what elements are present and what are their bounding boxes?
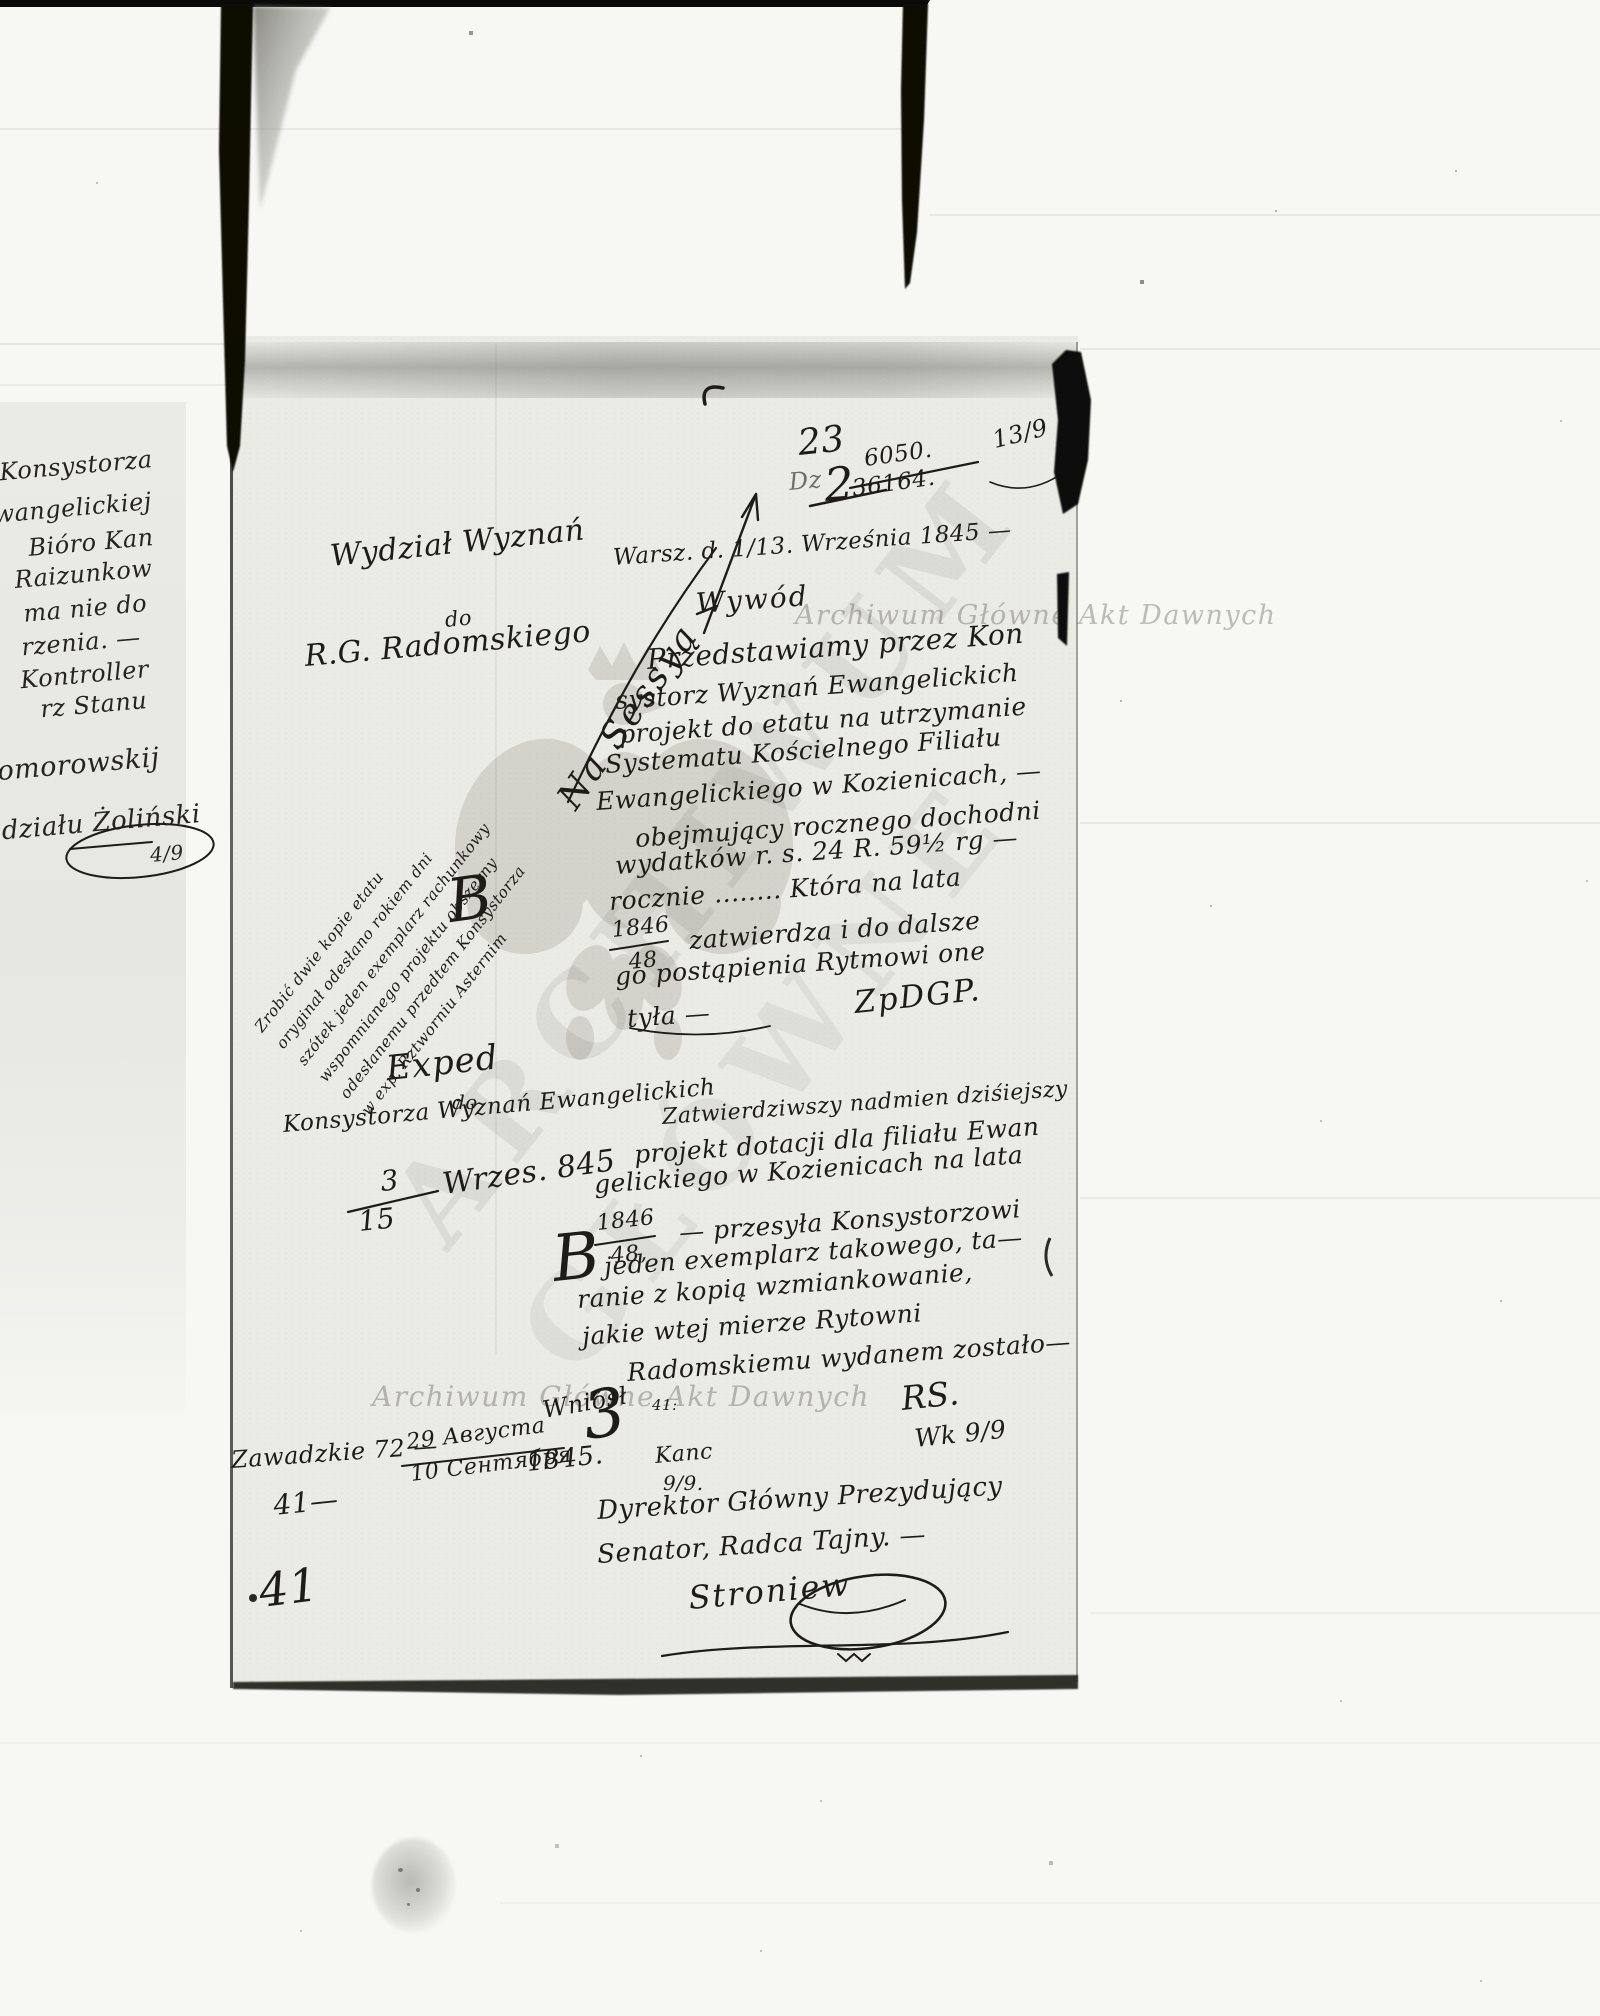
stain-speck bbox=[398, 1868, 403, 1872]
stain-speck bbox=[407, 1903, 410, 1906]
microfilm-scan-frame: { "colors": { "background": "#f7f7f4", "… bbox=[0, 0, 1600, 2016]
film-artifacts bbox=[0, 0, 1600, 2016]
stain-mark bbox=[372, 1838, 456, 1933]
stain-speck bbox=[416, 1888, 420, 1892]
